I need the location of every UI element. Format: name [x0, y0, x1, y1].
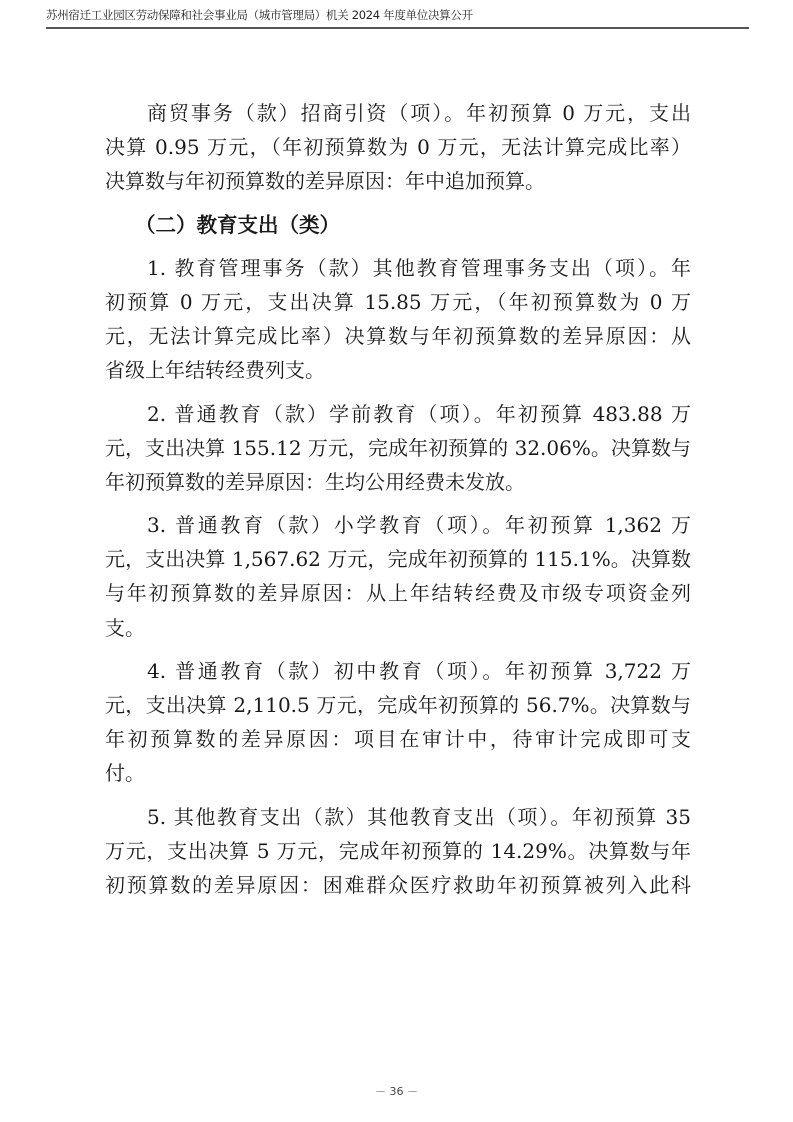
text-line: 年初预算数的差异原因：生均公用经费未发放。: [105, 465, 691, 499]
paragraph-commerce-investment: 商贸事务（款）招商引资（项）。年初预算 0 万元，支出 决算 0.95 万元，（…: [105, 96, 691, 199]
text-line: 万元，支出决算 5 万元，完成年初预算的 14.29%。决算数与年: [105, 834, 691, 868]
paragraph-primary-education: 3. 普通教育（款）小学教育（项）。年初预算 1,362 万 元，支出决算 1,…: [105, 508, 691, 645]
text-line: 决算数与年初预算数的差异原因：年中追加预算。: [105, 164, 691, 198]
text-line: 省级上年结转经费列支。: [105, 353, 691, 387]
page-number: － 36 －: [0, 1083, 793, 1099]
text-line: 2. 普通教育（款）学前教育（项）。年初预算 483.88 万: [105, 397, 691, 431]
text-line: 与年初预算数的差异原因：从上年结转经费及市级专项资金列: [105, 576, 691, 610]
text-line: 元，支出决算 155.12 万元，完成年初预算的 32.06%。决算数与: [105, 431, 691, 465]
text-line: 元，支出决算 1,567.62 万元，完成年初预算的 115.1%。决算数: [105, 542, 691, 576]
text-line: 元，无法计算完成比率）决算数与年初预算数的差异原因：从: [105, 319, 691, 353]
paragraph-other-education: 5. 其他教育支出（款）其他教育支出（项）。年初预算 35 万元，支出决算 5 …: [105, 800, 691, 903]
text-line: 支。: [105, 611, 691, 645]
text-line: 年初预算数的差异原因：项目在审计中，待审计完成即可支: [105, 722, 691, 756]
text-line: 5. 其他教育支出（款）其他教育支出（项）。年初预算 35: [105, 800, 691, 834]
paragraph-preschool-education: 2. 普通教育（款）学前教育（项）。年初预算 483.88 万 元，支出决算 1…: [105, 397, 691, 500]
document-body: 商贸事务（款）招商引资（项）。年初预算 0 万元，支出 决算 0.95 万元，（…: [105, 96, 691, 902]
text-line: 初预算 0 万元，支出决算 15.85 万元，（年初预算数为 0 万: [105, 285, 691, 319]
text-line: 3. 普通教育（款）小学教育（项）。年初预算 1,362 万: [105, 508, 691, 542]
text-line: 付。: [105, 756, 691, 790]
section-heading: （二）教育支出（类）: [105, 208, 691, 242]
text-line: 4. 普通教育（款）初中教育（项）。年初预算 3,722 万: [105, 654, 691, 688]
text-line: 1. 教育管理事务（款）其他教育管理事务支出（项）。年: [105, 251, 691, 285]
text-line: 元，支出决算 2,110.5 万元，完成年初预算的 56.7%。决算数与: [105, 688, 691, 722]
header-divider: [46, 27, 749, 29]
text-line: 决算 0.95 万元，（年初预算数为 0 万元，无法计算完成比率）: [105, 130, 691, 164]
paragraph-education-management: 1. 教育管理事务（款）其他教育管理事务支出（项）。年 初预算 0 万元，支出决…: [105, 251, 691, 388]
paragraph-junior-high-education: 4. 普通教育（款）初中教育（项）。年初预算 3,722 万 元，支出决算 2,…: [105, 654, 691, 791]
running-header: 苏州宿迁工业园区劳动保障和社会事业局（城市管理局）机关 2024 年度单位决算公…: [46, 7, 746, 23]
text-line: 商贸事务（款）招商引资（项）。年初预算 0 万元，支出: [105, 96, 691, 130]
text-line: 初预算数的差异原因：困难群众医疗救助年初预算被列入此科: [105, 868, 691, 902]
